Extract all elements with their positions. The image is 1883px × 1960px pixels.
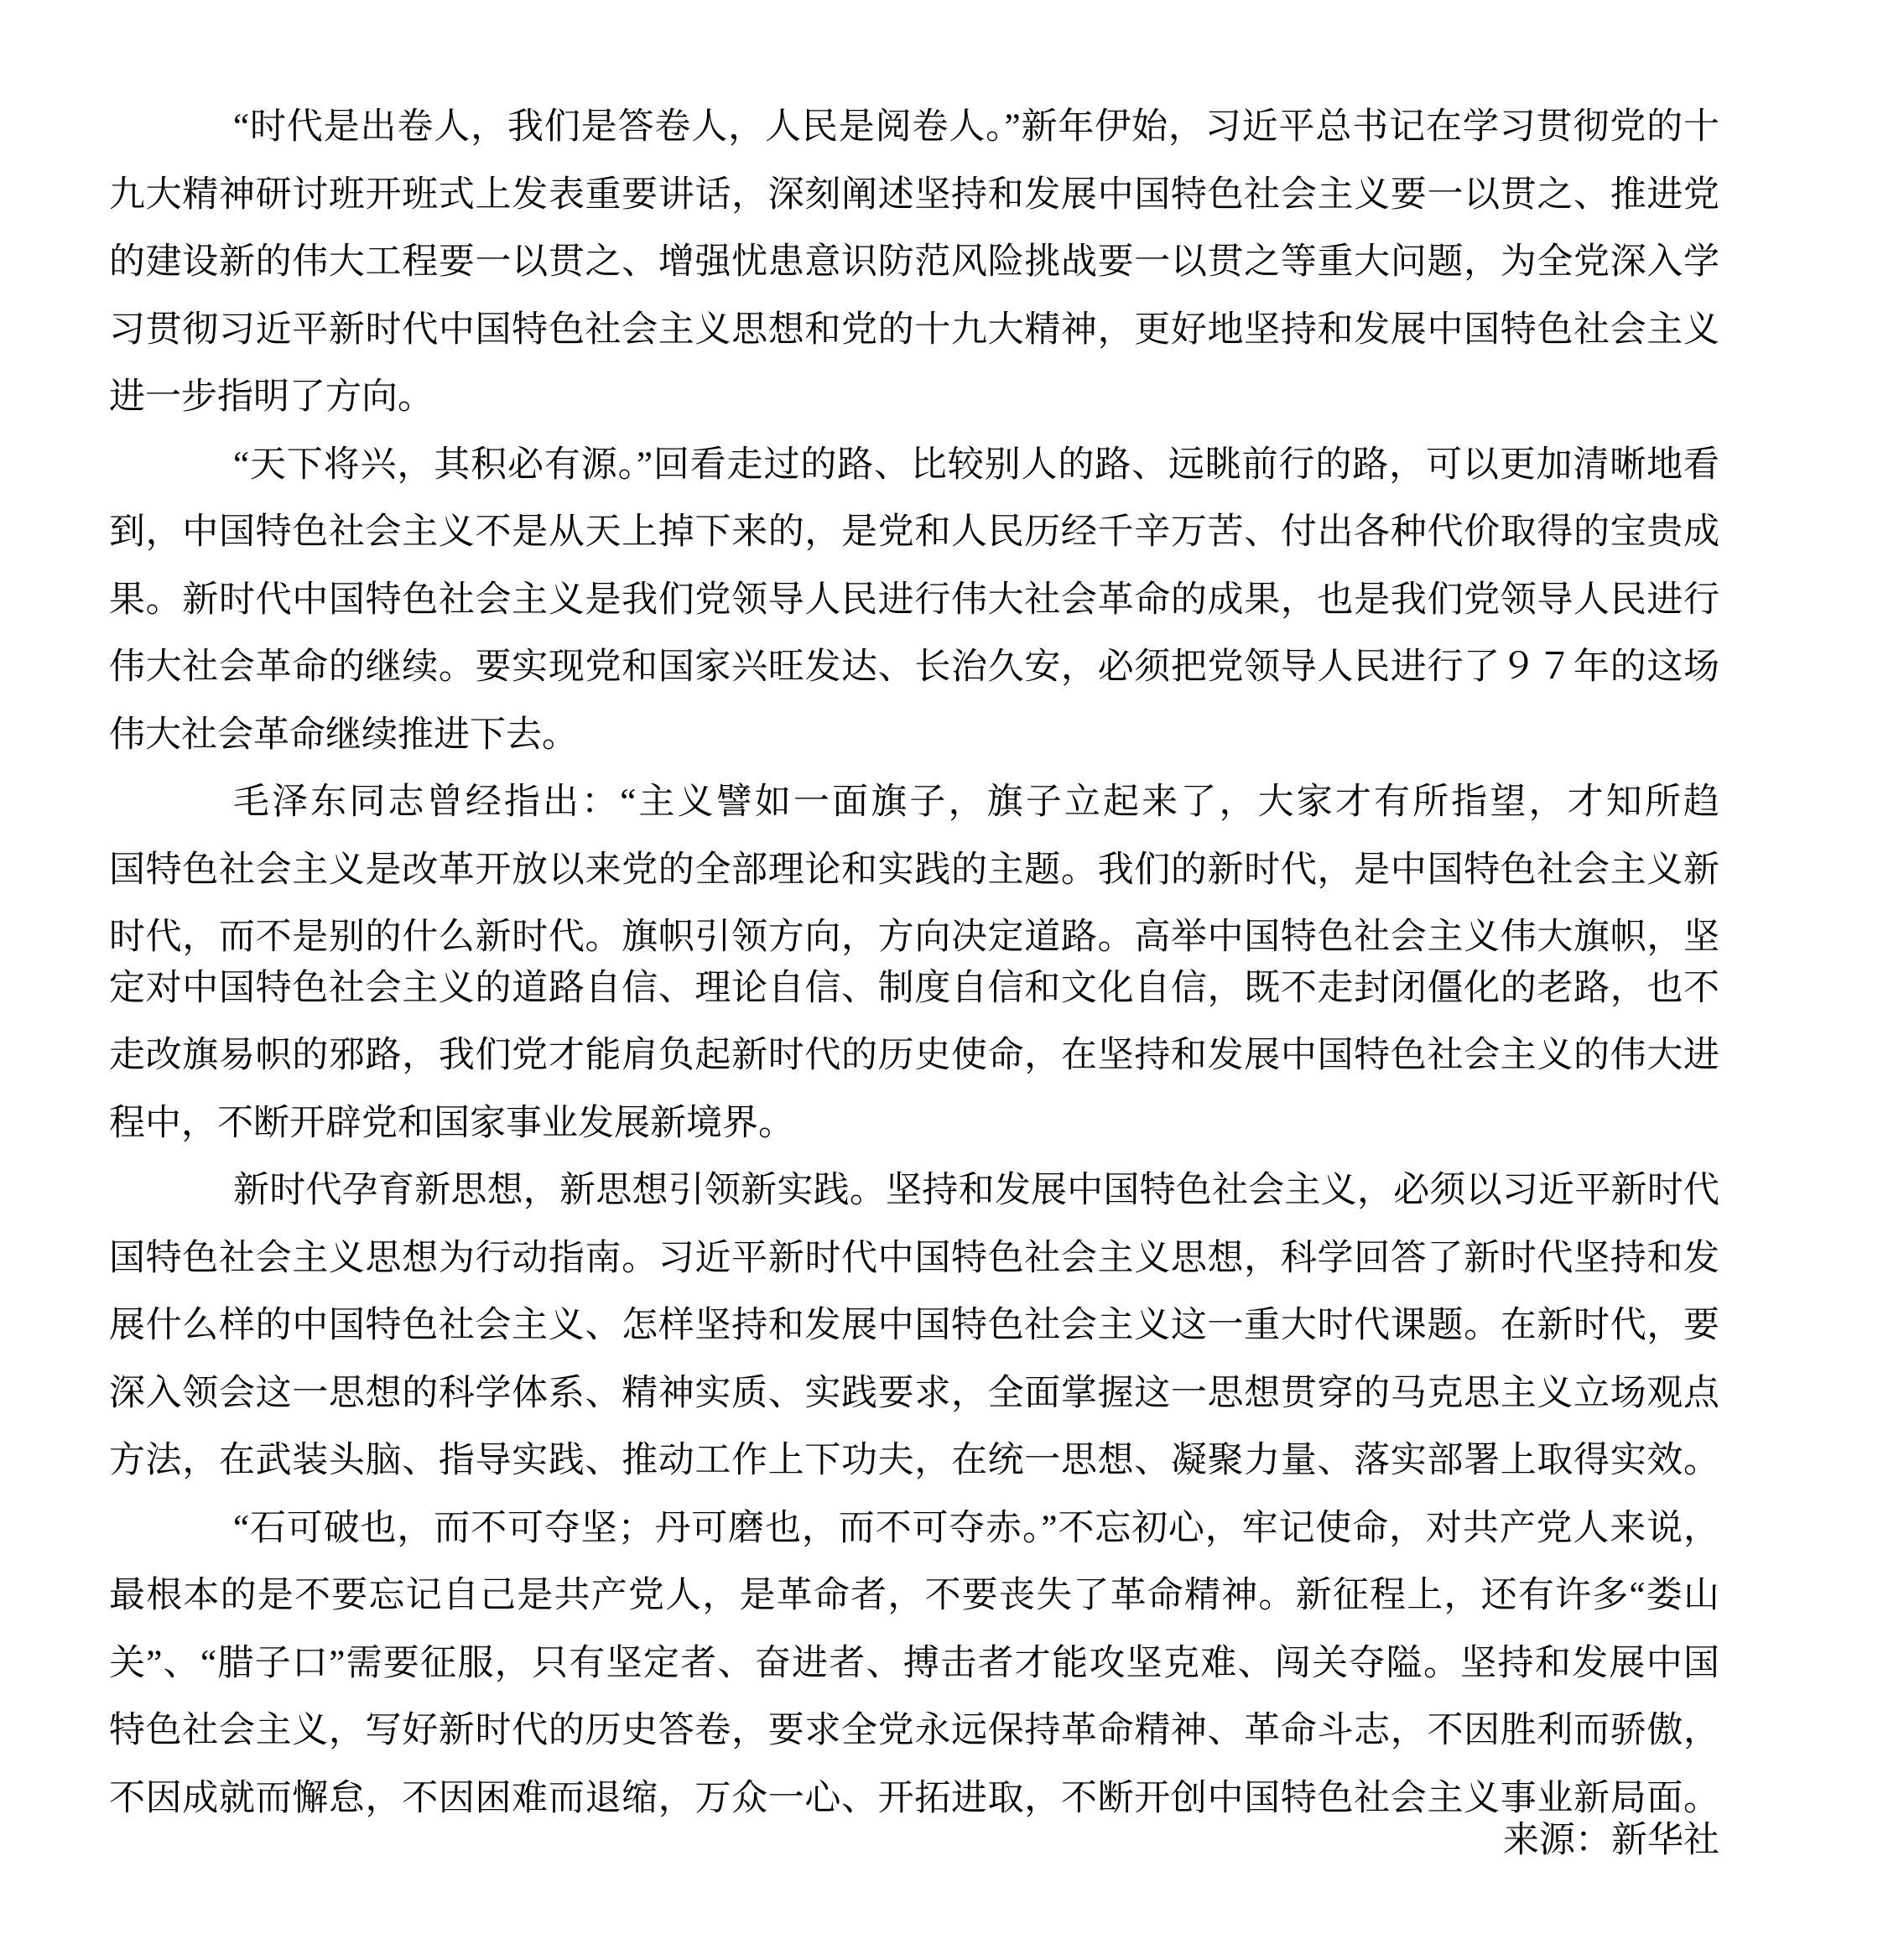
text-line: 走改旗易帜的邪路，我们党才能肩负起新时代的历史使命，在坚持和发展中国特色社会主义… xyxy=(109,1022,1719,1090)
text-line: 深入领会这一思想的科学体系、精神实质、实践要求，全面掌握这一思想贯穿的马克思主义… xyxy=(109,1360,1719,1428)
text-line: 伟大社会革命继续推进下去。 xyxy=(109,702,1719,770)
paragraph: 毛泽东同志曾经指出：“主义譬如一面旗子，旗子立起来了，大家才有所指望，才知所趋赴… xyxy=(109,769,1719,1157)
text-line: 果。新时代中国特色社会主义是我们党领导人民进行伟大社会革命的成果，也是我们党领导… xyxy=(109,567,1719,635)
text-line: 特色社会主义，写好新时代的历史答卷，要求全党永远保持革命精神、革命斗志，不因胜利… xyxy=(109,1697,1719,1765)
text-line: “石可破也，而不可夺坚；丹可磨也，而不可夺赤。”不忘初心，牢记使命，对共产党人来… xyxy=(109,1495,1719,1563)
text-line: “天下将兴，其积必有源。”回看走过的路、比较别人的路、远眺前行的路，可以更加清晰… xyxy=(109,432,1719,500)
text-line: 方法，在武装头脑、指导实践、推动工作上下功夫，在统一思想、凝聚力量、落实部署上取… xyxy=(109,1427,1719,1495)
paragraph: 新时代孕育新思想，新思想引领新实践。坚持和发展中国特色社会主义，必须以习近平新时… xyxy=(109,1157,1719,1495)
text-line: 定对中国特色社会主义的道路自信、理论自信、制度自信和文化自信，既不走封闭僵化的老… xyxy=(109,955,1719,1023)
text-line: 毛泽东同志曾经指出：“主义譬如一面旗子，旗子立起来了，大家才有所指望，才知所趋赴… xyxy=(109,769,1719,837)
text-line: 国特色社会主义思想为行动指南。习近平新时代中国特色社会主义思想，科学回答了新时代… xyxy=(109,1225,1719,1293)
article-body: “时代是出卷人，我们是答卷人，人民是阅卷人。”新年伊始，习近平总书记在学习贯彻党… xyxy=(109,94,1719,1875)
text-line: 不因成就而懈怠，不因困难而退缩，万众一心、开拓进取，不断开创中国特色社会主义事业… xyxy=(109,1765,1719,1833)
text-line: 程中，不断开辟党和国家事业发展新境界。 xyxy=(109,1090,1719,1158)
text-line: 新时代孕育新思想，新思想引领新实践。坚持和发展中国特色社会主义，必须以习近平新时… xyxy=(109,1157,1719,1225)
text-line: “时代是出卷人，我们是答卷人，人民是阅卷人。”新年伊始，习近平总书记在学习贯彻党… xyxy=(109,94,1719,162)
document-page: “时代是出卷人，我们是答卷人，人民是阅卷人。”新年伊始，习近平总书记在学习贯彻党… xyxy=(0,0,1883,1960)
paragraph: “天下将兴，其积必有源。”回看走过的路、比较别人的路、远眺前行的路，可以更加清晰… xyxy=(109,432,1719,770)
paragraph: “石可破也，而不可夺坚；丹可磨也，而不可夺赤。”不忘初心，牢记使命，对共产党人来… xyxy=(109,1495,1719,1833)
text-line: 展什么样的中国特色社会主义、怎样坚持和发展中国特色社会主义这一重大时代课题。在新… xyxy=(109,1292,1719,1360)
paragraph: “时代是出卷人，我们是答卷人，人民是阅卷人。”新年伊始，习近平总书记在学习贯彻党… xyxy=(109,94,1719,432)
text-line: 伟大社会革命的继续。要实现党和国家兴旺发达、长治久安，必须把党领导人民进行了９７… xyxy=(109,634,1719,702)
text-line: 到，中国特色社会主义不是从天上掉下来的，是党和人民历经千辛万苦、付出各种代价取得… xyxy=(109,499,1719,567)
text-line: 的建设新的伟大工程要一以贯之、增强忧患意识防范风险挑战要一以贯之等重大问题，为全… xyxy=(109,229,1719,297)
text-line: 国特色社会主义是改革开放以来党的全部理论和实践的主题。我们的新时代，是中国特色社… xyxy=(109,837,1719,905)
text-line: 进一步指明了方向。 xyxy=(109,364,1719,432)
text-line: 九大精神研讨班开班式上发表重要讲话，深刻阐述坚持和发展中国特色社会主义要一以贯之… xyxy=(109,162,1719,230)
text-line: 最根本的是不要忘记自己是共产党人，是革命者，不要丧失了革命精神。新征程上，还有许… xyxy=(109,1562,1719,1630)
text-line: 习贯彻习近平新时代中国特色社会主义思想和党的十九大精神，更好地坚持和发展中国特色… xyxy=(109,297,1719,365)
text-line: 关”、“腊子口”需要征服，只有坚定者、奋进者、搏击者才能攻坚克难、闯关夺隘。坚持… xyxy=(109,1630,1719,1698)
